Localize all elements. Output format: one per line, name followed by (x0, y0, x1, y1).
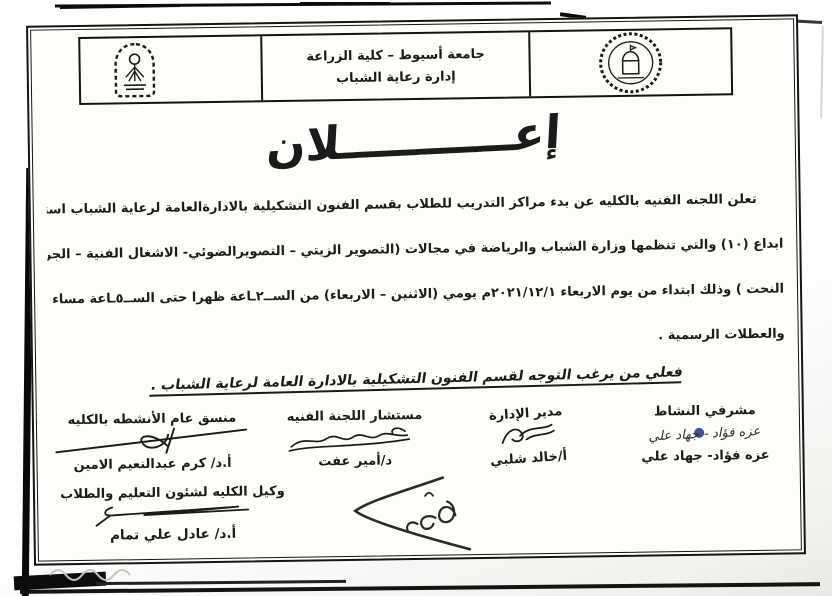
signatory-activity-supervisors: مشرفي النشاط عزه فؤاد - جهاد علي عزه فؤا… (620, 402, 791, 465)
approval-scrawl (297, 465, 478, 566)
signature-scribble (88, 499, 258, 530)
scan-edge-artifact (300, 2, 390, 5)
handwritten-signature (55, 499, 290, 530)
faculty-emblem-icon (110, 41, 159, 100)
announcement-document: جامعة أسيوط – كلية الزراعة إدارة رعاية ا… (26, 14, 806, 565)
signature-scribble (492, 419, 564, 452)
university-seal-icon (597, 30, 664, 95)
signature-row: مشرفي النشاط عزه فؤاد - جهاد علي عزه فؤا… (52, 402, 791, 473)
scanned-announcement-page: جامعة أسيوط – كلية الزراعة إدارة رعاية ا… (0, 0, 832, 596)
call-to-action-text: فعلي من يرغب التوجه لقسم الفنون التشكيلي… (150, 364, 684, 393)
university-seal-cell (530, 29, 731, 96)
letterhead: جامعة أسيوط – كلية الزراعة إدارة رعاية ا… (78, 27, 733, 105)
approval-signature (297, 465, 478, 570)
signatory-vice-dean: وكيل الكليه لشئون التعليم والطلاب أ.د/ ع… (55, 484, 291, 544)
bottom-signature-area: وكيل الكليه لشئون التعليم والطلاب أ.د/ ع… (39, 466, 800, 573)
signatory-name: عزه فؤاد- جهاد علي (620, 447, 790, 465)
announcement-body: تعلن اللجنه الفنيه بالكليه عن بدء مراكز … (46, 177, 785, 368)
handwritten-signature: عزه فؤاد - جهاد علي (620, 417, 790, 450)
letterhead-text: جامعة أسيوط – كلية الزراعة إدارة رعاية ا… (260, 32, 531, 100)
signatory-art-committee-advisor: مستشار اللجنة الفنيه د/أمير عفت (274, 408, 435, 470)
department-name: إدارة رعاية الشباب (336, 69, 456, 86)
university-name: جامعة أسيوط – كلية الزراعة (306, 46, 485, 64)
signatory-activities-coordinator: منسق عام الأنشطه بالكليه أ.د/ كرم عبدالن… (52, 410, 253, 473)
call-to-action-line: فعلي من يرغب التوجه لقسم الفنون التشكيلي… (37, 362, 797, 403)
scan-edge-artifact (820, 26, 824, 118)
handwritten-name: عزه فؤاد - جهاد علي (648, 423, 763, 444)
faculty-emblem-cell (80, 36, 261, 103)
signature-scribble (52, 425, 252, 460)
signature-scribble (285, 423, 425, 455)
signatory-director: مدير الإدارة أ/خالد شلبي (456, 402, 600, 471)
handwritten-signature (52, 425, 252, 458)
handwritten-signature (275, 423, 435, 455)
